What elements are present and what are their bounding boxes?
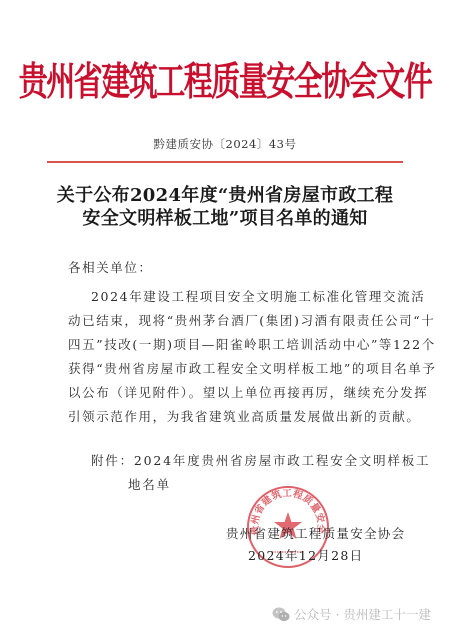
watermark-text: 公众号 · 贵州建工十一建 bbox=[294, 605, 431, 623]
attachment-line-2: 地名单 bbox=[128, 475, 171, 493]
body-line: 获得“贵州省房屋市政工程安全文明样板工地”的项目名单予 bbox=[68, 359, 436, 377]
signature-organization: 贵州省建筑工程质量安全协会 bbox=[226, 524, 405, 542]
body-line: 动已结束，现将“贵州茅台酒厂(集团)习酒有限责任公司“十 bbox=[68, 311, 435, 329]
body-line: 以公布（详见附件）。望以上单位再接再厉，继续充分发挥 bbox=[68, 383, 428, 401]
watermark: 公众号 · 贵州建工十一建 bbox=[272, 605, 431, 623]
salutation: 各相关单位： bbox=[68, 258, 153, 276]
document-title-line-2: 安全文明样板工地”项目名单的通知 bbox=[0, 204, 450, 230]
document-number: 黔建质安协〔2024〕43号 bbox=[0, 136, 450, 152]
wechat-icon bbox=[272, 607, 290, 622]
body-line: 引领示范作用，为我省建筑业高质量发展做出新的贡献。 bbox=[68, 407, 421, 425]
document-header: 贵州省建筑工程质量安全协会文件 bbox=[0, 52, 450, 107]
body-line: 四五”技改(一期)项目—阳雀岭职工培训活动中心”等122个 bbox=[68, 335, 436, 353]
header-divider bbox=[47, 161, 403, 163]
body-line: 2024年建设工程项目安全文明施工标准化管理交流活 bbox=[91, 287, 425, 305]
attachment-line-1: 附件：2024年度贵州省房屋市政工程安全文明样板工 bbox=[91, 451, 430, 469]
signature-date: 2024年12月28日 bbox=[248, 546, 363, 564]
